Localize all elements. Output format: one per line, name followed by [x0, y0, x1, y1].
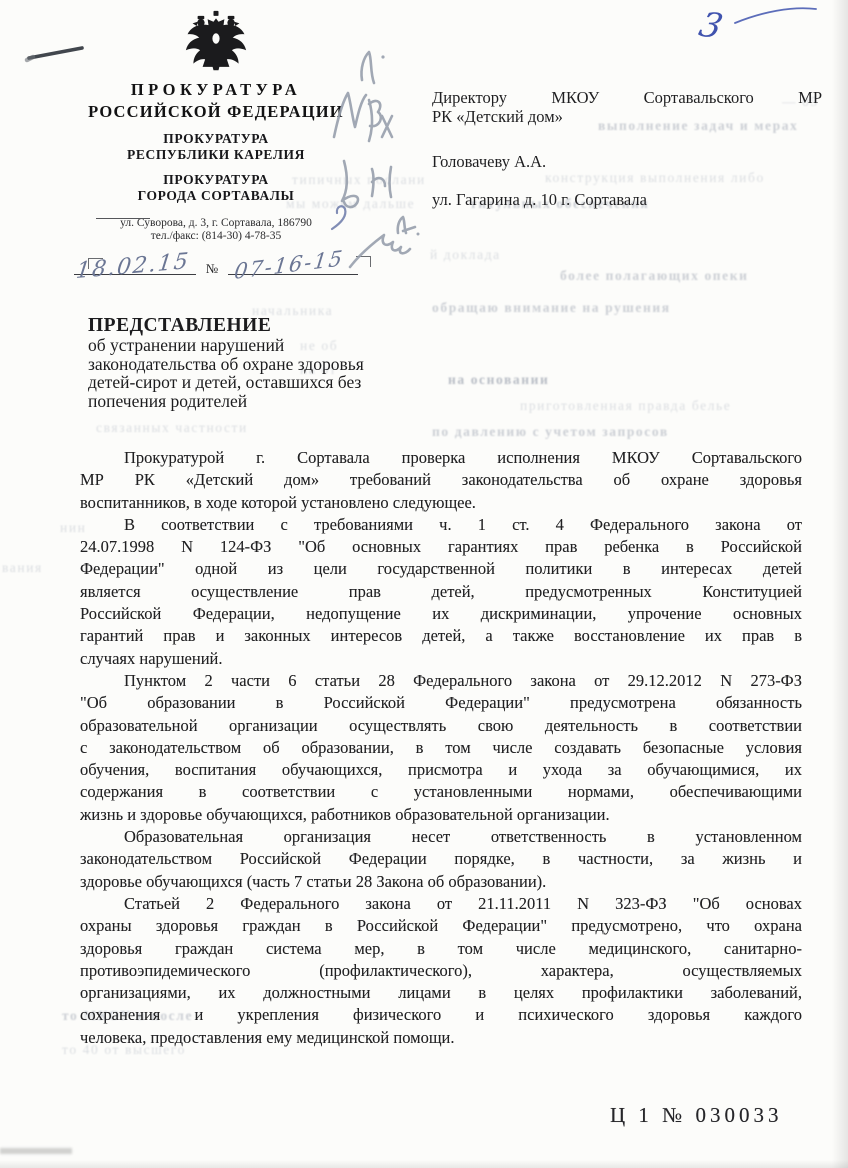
- corner-bracket-left: [88, 258, 103, 269]
- letterhead: ПРОКУРАТУРА РОССИЙСКОЙ ФЕДЕРАЦИИ ПРОКУРА…: [57, 10, 375, 275]
- form-serial-number: Ц 1 № 030033: [610, 1103, 782, 1128]
- body-line: Статьей 2 Федерального закона от 21.11.2…: [80, 893, 802, 915]
- number-sign: №: [206, 261, 218, 277]
- body-line: человека, предоставления ему медицинской…: [80, 1027, 802, 1049]
- handwritten-doc-number: 07-16-15: [233, 246, 346, 284]
- paragraph: Прокуратурой г. Сортавала проверка испол…: [80, 447, 802, 514]
- body-line: Пунктом 2 части 6 статьи 28 Федерального…: [80, 670, 802, 692]
- paragraph: Образовательная организация несет ответс…: [80, 826, 802, 893]
- body-line: гарантий прав и законных интересов детей…: [80, 625, 802, 647]
- bleedthrough-text: на основании: [448, 372, 598, 388]
- corner-bracket-right: [356, 256, 371, 267]
- title-line: законодательства об охране здоровья: [88, 355, 428, 374]
- paragraph: Пунктом 2 части 6 статьи 28 Федерального…: [80, 670, 802, 826]
- coat-of-arms-icon: [170, 10, 262, 72]
- body-line: сохранения и укрепления физического и пс…: [80, 1004, 802, 1026]
- addressee-position: Директору МКОУ Сортавальского МР: [432, 88, 822, 107]
- body-line: содержания в соответствии с установленны…: [80, 781, 802, 803]
- org-phone: тел./факс: (814-30) 4-78-35: [57, 230, 375, 242]
- title-line: детей-сирот и детей, оставшихся без: [88, 373, 428, 392]
- body-line: с законодательством об образовании, в то…: [80, 737, 802, 759]
- bleedthrough-text: более полагающих опеки: [560, 268, 812, 284]
- bleedthrough-text: обращаю внимание на рушения: [432, 300, 772, 316]
- body-line: образовательной организации осуществлять…: [80, 715, 802, 737]
- addressee-person: Головачеву А.А.: [432, 152, 822, 171]
- org-name-level2: РЕСПУБЛИКИ КАРЕЛИЯ: [57, 147, 375, 163]
- number-blank-line: 07-16-15: [228, 256, 358, 275]
- org-name-level1: ПРОКУРАТУРА: [57, 80, 375, 100]
- body-line: "Об образовании в Российской Федерации" …: [80, 692, 802, 714]
- body-line: охраны здоровья граждан в Российской Фед…: [80, 915, 802, 937]
- body-line: жизнь и здоровье обучающихся, работников…: [80, 804, 802, 826]
- scanned-letter-page: — 05 выполнение задач и мерах конструкци…: [0, 0, 848, 1168]
- body-line: Российской Федерации, недопущение их дис…: [80, 603, 802, 625]
- date-number-line: 18.02.15 № 07-16-15: [57, 256, 375, 275]
- body-line: МР РК «Детский дом» требований законодат…: [80, 469, 802, 491]
- staple-mark-end: [27, 57, 33, 60]
- document-title: ПРЕДСТАВЛЕНИЕ об устранении нарушений за…: [88, 316, 428, 410]
- document-body: Прокуратурой г. Сортавала проверка испол…: [80, 447, 802, 1049]
- body-line: В соответствии с требованиями ч. 1 ст. 4…: [80, 514, 802, 536]
- handwritten-page-number: 3: [695, 5, 727, 47]
- addressee-address: ул. Гагарина д. 10 г. Сортавала: [432, 190, 822, 209]
- phone-underline-mark: [96, 218, 150, 219]
- bleedthrough-text: й доклада: [430, 247, 550, 263]
- org-name-level1: РОССИЙСКОЙ ФЕДЕРАЦИИ: [57, 102, 375, 122]
- bleedthrough-text: связанных частности: [96, 420, 356, 436]
- body-line: случаях нарушений.: [80, 648, 802, 670]
- body-line: Образовательная организация несет ответс…: [80, 826, 802, 848]
- body-line: здоровье обучающихся (часть 7 статьи 28 …: [80, 871, 802, 893]
- body-line: Прокуратурой г. Сортавала проверка испол…: [80, 447, 802, 469]
- bleedthrough-text: приготовленная правда белье: [520, 398, 820, 414]
- body-line: обучения, воспитания обучающихся, присмо…: [80, 759, 802, 781]
- bleedthrough-text: вания: [2, 560, 72, 576]
- body-line: Федерации" одной из цели государственной…: [80, 558, 802, 580]
- pen-flourish-stroke: [735, 8, 816, 23]
- body-line: законодательством Российской Федерации п…: [80, 848, 802, 870]
- body-line: является осуществление прав детей, преду…: [80, 581, 802, 603]
- title-heading: ПРЕДСТАВЛЕНИЕ: [88, 316, 428, 336]
- body-line: организациями, их должностными лицами в …: [80, 982, 802, 1004]
- body-line: 24.07.1998 N 124-ФЗ "Об основных гаранти…: [80, 536, 802, 558]
- body-line: противоэпидемического (профилактического…: [80, 960, 802, 982]
- title-line: об устранении нарушений: [88, 336, 428, 355]
- org-name-level2: ПРОКУРАТУРА: [57, 131, 375, 147]
- title-line: попечения родителей: [88, 392, 428, 411]
- scan-streak: [0, 1148, 72, 1154]
- body-line: здоровья граждан система мер, в том числ…: [80, 938, 802, 960]
- org-name-level3: ПРОКУРАТУРА: [57, 172, 375, 188]
- paragraph: Статьей 2 Федерального закона от 21.11.2…: [80, 893, 802, 1049]
- addressee-org: РК «Детский дом»: [432, 107, 822, 126]
- org-name-level3: ГОРОДА СОРТАВАЛЫ: [57, 188, 375, 204]
- bleedthrough-text: по давлению с учетом запросов: [432, 424, 767, 440]
- addressee-block: Директору МКОУ Сортавальского МР РК «Дет…: [432, 88, 822, 209]
- paragraph: В соответствии с требованиями ч. 1 ст. 4…: [80, 514, 802, 670]
- body-line: воспитанников, в ходе которой установлен…: [80, 492, 802, 514]
